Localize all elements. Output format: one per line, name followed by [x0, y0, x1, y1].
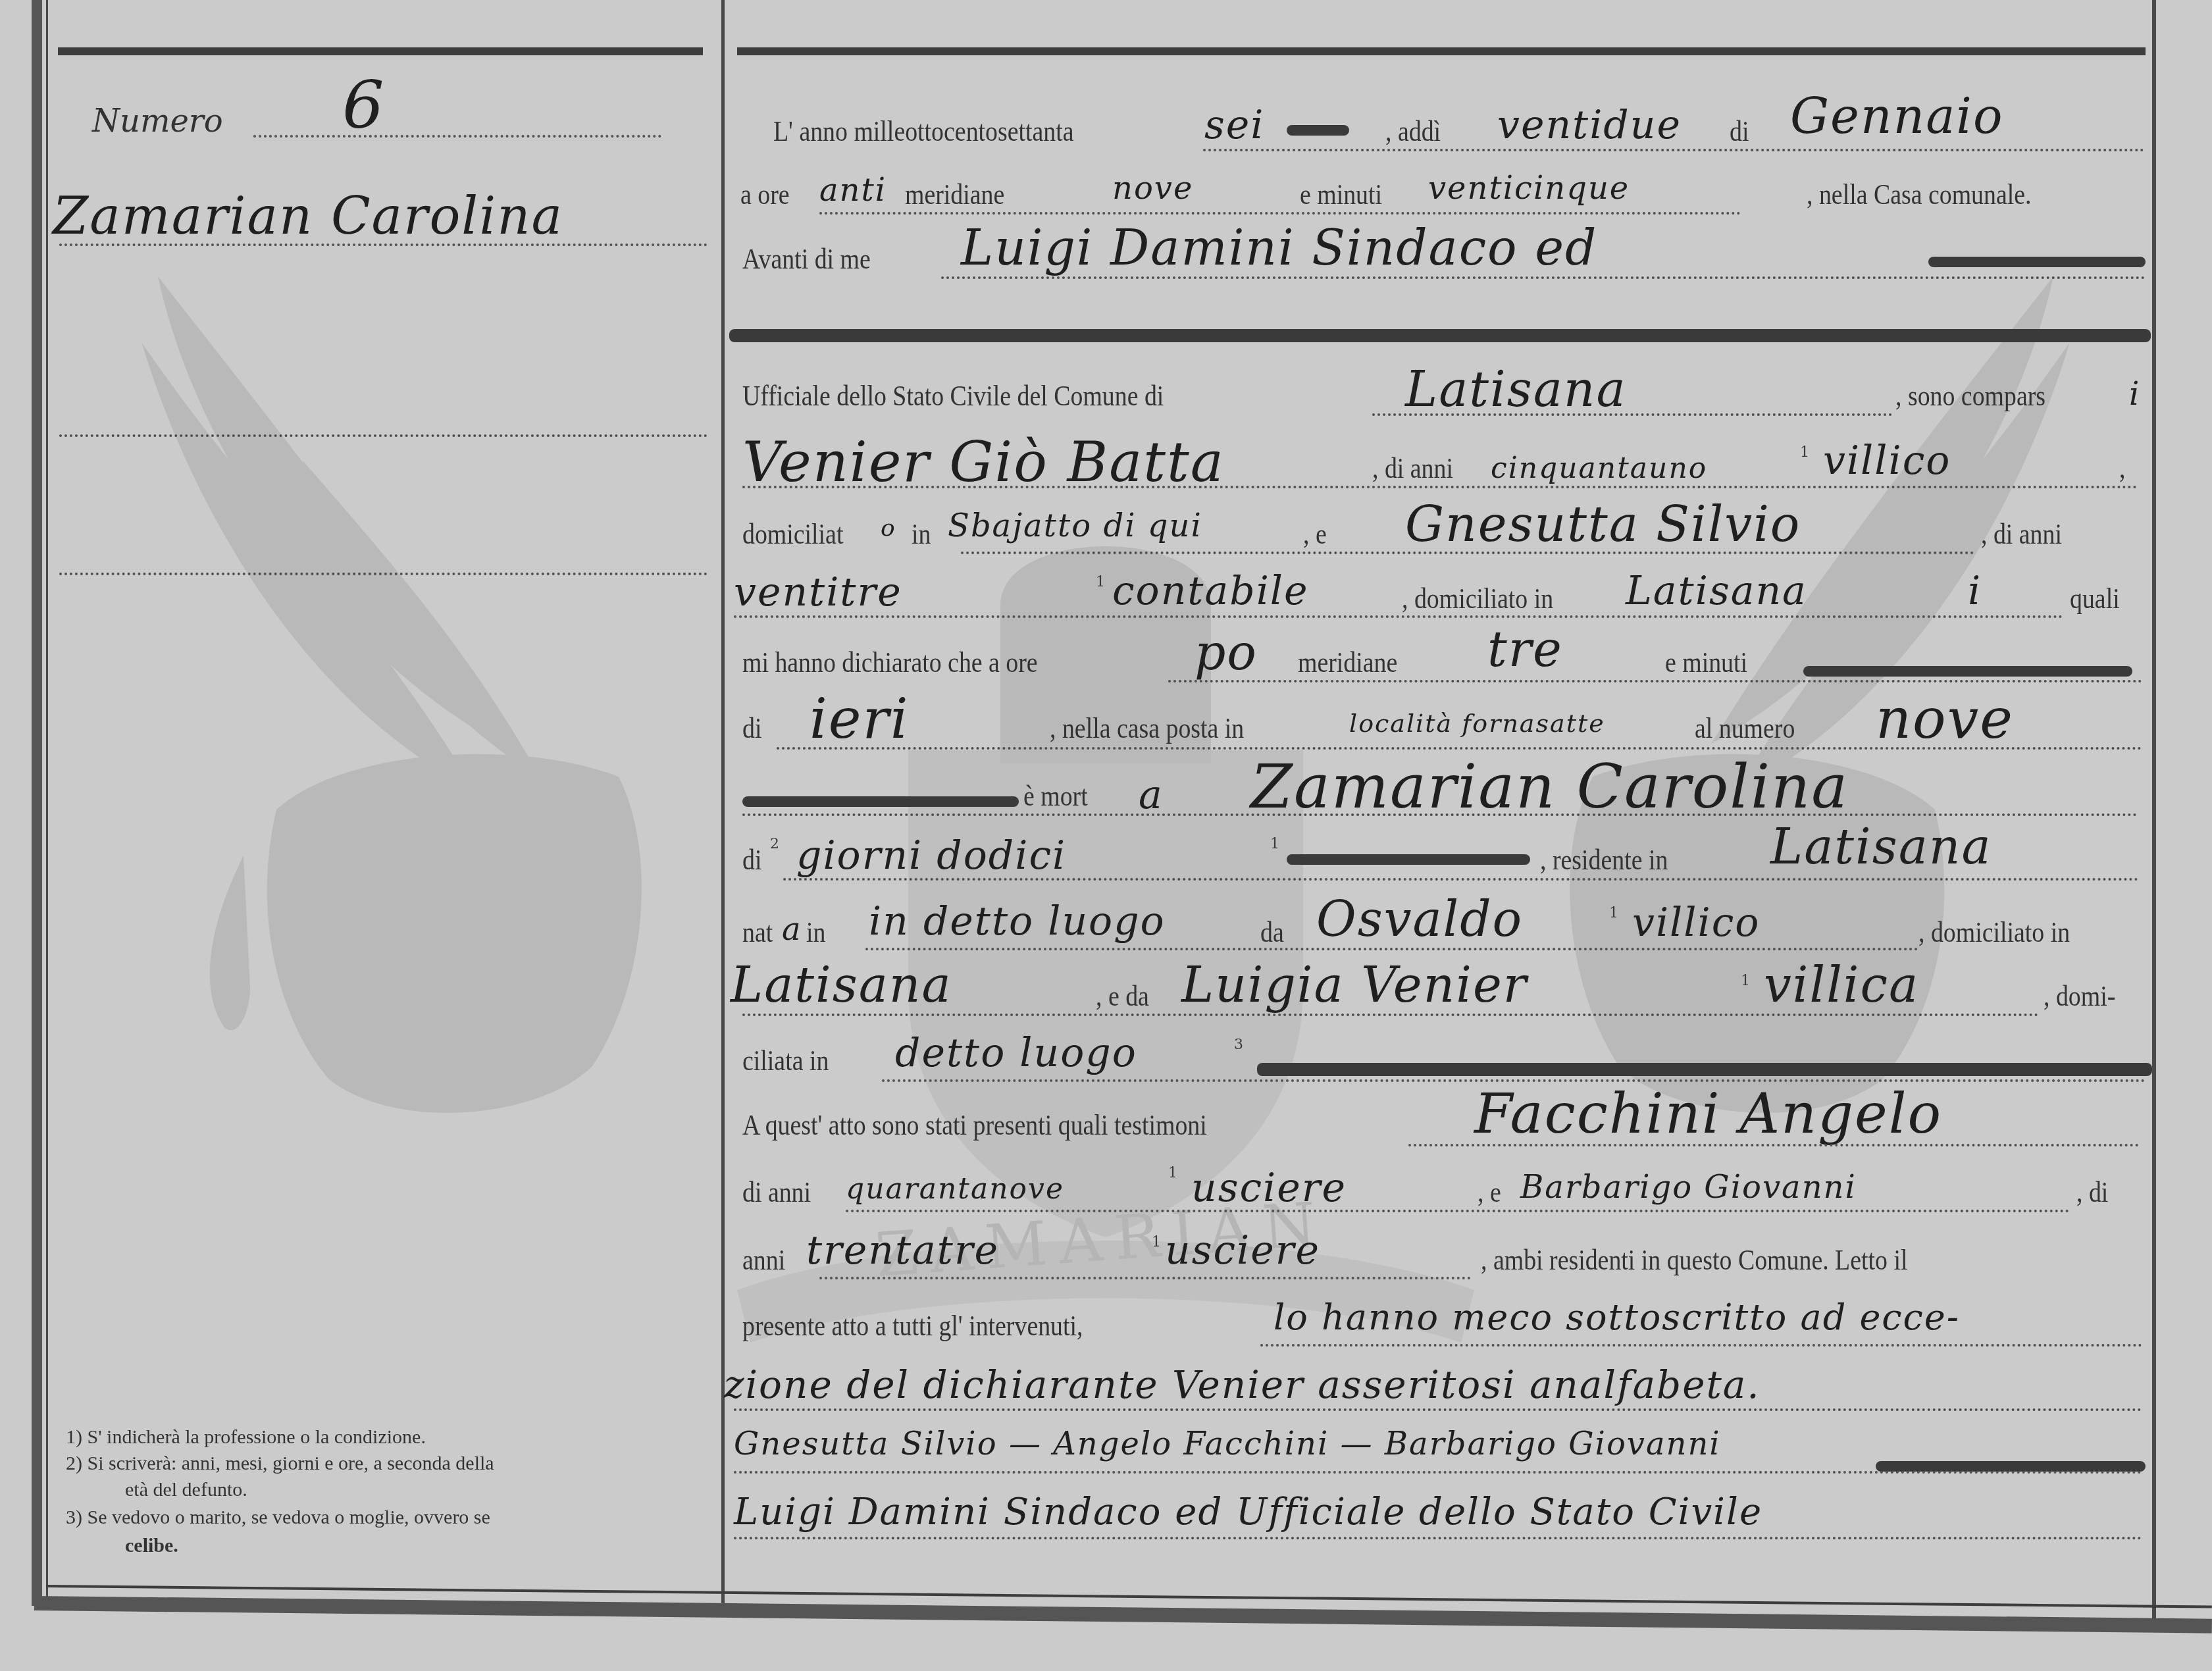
- footnote-2-cont: età del defunto.: [125, 1478, 247, 1503]
- l17-print-2: , ambi residenti in questo Comune. Letto…: [1481, 1246, 1907, 1275]
- l8-hour: tre: [1487, 625, 1563, 674]
- l10-dots: [742, 813, 2138, 816]
- l8-print-1: mi hanno dichiarato che a ore: [742, 648, 1038, 677]
- l10-print-1: è mort: [1023, 782, 1088, 811]
- l12-father-profession: villico: [1632, 903, 1760, 942]
- l14-mother-domicile: detto luogo: [895, 1033, 1137, 1073]
- l15-dots: [1408, 1144, 2139, 1146]
- l13-mother-profession: villica: [1764, 961, 1919, 1010]
- l9-print-2: , nella casa posta in: [1050, 714, 1244, 743]
- l5-declarant: Venier Giò Batta: [742, 434, 1225, 490]
- l8-print-2: meridiane: [1298, 648, 1397, 677]
- footnote-3-cont: celibe.: [125, 1533, 178, 1558]
- l6-suffix: o: [881, 517, 896, 540]
- record-number: 6: [342, 72, 386, 138]
- l1-strike: [1287, 125, 1349, 136]
- l11-footnote-ref-2: 2: [770, 836, 779, 852]
- l3-print-1: Avanti di me: [742, 245, 871, 274]
- l5-print-1: , di anni: [1372, 454, 1453, 483]
- footnote-text: Se vedovo o marito, se vedova o moglie, …: [88, 1506, 490, 1528]
- l16-footnote-ref: 1: [1168, 1165, 1177, 1181]
- l2-print-1: a ore: [740, 180, 790, 209]
- l2-print-4: , nella Casa comunale.: [1807, 180, 2031, 209]
- l13-print-1: , e da: [1096, 982, 1149, 1011]
- l15-witness-1: Facchini Angelo: [1474, 1086, 1942, 1141]
- blank-line-2: [59, 573, 707, 575]
- sig-dots-1: [734, 1471, 2142, 1474]
- l11-age: giorni dodici: [796, 836, 1066, 875]
- left-outer-border: [32, 0, 42, 1606]
- l2-print-3: e minuti: [1300, 180, 1382, 209]
- l6-print-1: domiciliat: [742, 520, 843, 549]
- l5-age: cinquantauno: [1491, 454, 1707, 483]
- l11-dots: [783, 878, 2139, 881]
- l12-birthplace: in detto luogo: [869, 902, 1166, 941]
- l2-print-2: meridiane: [905, 180, 1004, 209]
- l16-witness-2: Barbarigo Giovanni: [1520, 1171, 1857, 1203]
- l16-print-2: , e: [1478, 1178, 1501, 1207]
- blank-line-1: [59, 434, 707, 437]
- l1-dots: [1203, 149, 2144, 151]
- footnote-marker: 3): [66, 1506, 82, 1528]
- l16-dots: [846, 1210, 2070, 1212]
- l9-place: località fornasatte: [1349, 711, 1605, 736]
- right-border: [2152, 0, 2156, 1619]
- witness-signatures: Gnesutta Silvio — Angelo Facchini — Barb…: [734, 1428, 1721, 1460]
- l11-residence: Latisana: [1770, 823, 1992, 871]
- footnote-text: S' indicherà la professione o la condizi…: [88, 1426, 426, 1448]
- l14-footnote-ref: 3: [1234, 1037, 1243, 1053]
- numero-label: Numero: [92, 105, 223, 137]
- l1-print-3: di: [1730, 117, 1749, 146]
- l6-dots: [961, 552, 1974, 554]
- l2-dots: [819, 212, 1741, 215]
- l7-i: i: [1968, 571, 1982, 611]
- l3-officer: Luigi Damini Sindaco ed: [961, 224, 1597, 272]
- l1-print-1: L' anno milleottocentosettanta: [773, 117, 1074, 146]
- l18-dots: [1260, 1344, 2142, 1347]
- l11-print-2: , residente in: [1540, 846, 1668, 875]
- l12-print-2: in: [806, 918, 825, 947]
- l9-number: nove: [1876, 691, 2014, 746]
- l12-dots: [865, 948, 1918, 950]
- l14-strike: [1257, 1063, 2152, 1076]
- name-underline: [59, 244, 707, 246]
- l10-deceased: Zamarian Carolina: [1250, 757, 1849, 817]
- l11-footnote-ref: 1: [1270, 836, 1279, 852]
- l8-print-3: e minuti: [1665, 648, 1747, 677]
- l4-comune: Latisana: [1405, 365, 1627, 414]
- l7-footnote-ref: 1: [1096, 574, 1105, 590]
- l1-month: Gennaio: [1790, 92, 2004, 141]
- l16-age: quarantanove: [846, 1175, 1064, 1204]
- top-rule-left: [58, 47, 703, 55]
- l8-strike: [1803, 666, 2132, 677]
- l7-dots: [734, 615, 2063, 618]
- l12-print-3: da: [1260, 918, 1284, 947]
- l3-strike: [1928, 257, 2146, 267]
- left-inner-border: [46, 0, 48, 1606]
- l12-footnote-ref: 1: [1609, 905, 1618, 921]
- l16-print-1: di anni: [742, 1178, 811, 1207]
- l18-print-1: presente atto a tutti gl' intervenuti,: [742, 1312, 1083, 1341]
- l10-strike: [742, 796, 1019, 807]
- l6-print-2: in: [912, 520, 931, 549]
- l6-domicile: Sbajatto di qui: [948, 510, 1202, 542]
- l8-po: po: [1195, 629, 1258, 677]
- footnote-1: 1) S' indicherà la professione o la cond…: [66, 1425, 426, 1450]
- l13-mother: Luigia Venier: [1181, 961, 1528, 1010]
- footnote-marker: 2): [66, 1452, 82, 1474]
- l4-print-1: Ufficiale dello Stato Civile del Comune …: [742, 382, 1164, 411]
- l1-day: ventidue: [1497, 105, 1682, 145]
- l12-print-1: nat: [742, 918, 773, 947]
- l4-print-2: , sono compars: [1895, 382, 2045, 411]
- l5-footnote-ref: 1: [1800, 444, 1809, 461]
- l13-dots: [742, 1014, 2039, 1016]
- l6-witness: Gnesutta Silvio: [1405, 500, 1801, 549]
- l16-profession: usciere: [1191, 1168, 1347, 1208]
- l13-father-domicile: Latisana: [731, 961, 952, 1010]
- sig-strike: [1876, 1461, 2146, 1472]
- l17-print-1: anni: [742, 1246, 785, 1275]
- l12-print-4: , domiciliato in: [1918, 918, 2070, 947]
- l13-print-2: , domi-: [2044, 982, 2115, 1011]
- l9-dots: [777, 747, 2142, 750]
- l11-strike: [1287, 854, 1530, 865]
- footnote-2: 2) Si scriverà: anni, mesi, giorni e ore…: [66, 1451, 494, 1476]
- l13-footnote-ref: 1: [1741, 973, 1750, 989]
- l2-minutes: venticinque: [1428, 172, 1630, 204]
- l9-print-1: di: [742, 714, 761, 743]
- l3-dots: [941, 276, 2146, 279]
- l16-print-3: , di: [2076, 1178, 2108, 1207]
- l11-print-1: di: [742, 846, 761, 875]
- l3-full-strike: [729, 329, 2151, 342]
- l7-print-1: , domiciliato in: [1402, 584, 1553, 613]
- l14-print-1: ciliata in: [742, 1046, 829, 1075]
- l17-dots: [819, 1277, 1471, 1279]
- l6-print-4: , di anni: [1981, 520, 2062, 549]
- officer-signature: Luigi Damini Sindaco ed Ufficiale dello …: [734, 1494, 1762, 1531]
- l17-age: trentatre: [806, 1231, 999, 1270]
- l12-father: Osvaldo: [1316, 895, 1523, 944]
- bottom-rule-thick: [34, 1596, 2212, 1633]
- l19-dots: [734, 1408, 2142, 1411]
- l8-dots: [1168, 680, 2142, 682]
- l4-dots: [1372, 413, 1892, 416]
- l9-day: ieri: [810, 691, 910, 746]
- l18-closing: lo hanno meco sottoscritto ad ecce-: [1273, 1300, 1960, 1335]
- l5-dots: [742, 486, 2138, 488]
- l1-print-2: , addì: [1385, 117, 1441, 146]
- numero-underline: [253, 135, 661, 138]
- l9-print-3: al numero: [1695, 714, 1795, 743]
- l17-profession: usciere: [1165, 1231, 1320, 1270]
- l7-profession: contabile: [1112, 571, 1309, 611]
- l7-print-2: quali: [2070, 584, 2120, 613]
- l15-print-1: A quest' atto sono stati presenti quali …: [742, 1111, 1207, 1140]
- l4-suffix: i: [2129, 378, 2140, 410]
- top-rule-right: [737, 47, 2146, 55]
- l10-suffix: a: [1139, 775, 1164, 815]
- sig-dots-2: [734, 1537, 2142, 1539]
- footnote-3: 3) Se vedovo o marito, se vedova o mogli…: [66, 1505, 490, 1530]
- l2-hour: nove: [1112, 172, 1193, 204]
- deceased-name-margin: Zamarian Carolina: [53, 191, 563, 242]
- l12-suffix: a: [782, 913, 802, 945]
- l2-anti: anti: [819, 174, 887, 206]
- footnote-text: Si scriverà: anni, mesi, giorni e ore, a…: [88, 1452, 494, 1474]
- l7-age: ventitre: [734, 573, 902, 612]
- l17-footnote-ref: 1: [1152, 1234, 1161, 1250]
- l1-year: sei: [1204, 105, 1265, 145]
- l5-profession: villico: [1823, 441, 1951, 480]
- l7-domicile: Latisana: [1626, 571, 1807, 611]
- l6-print-3: , e: [1303, 520, 1327, 549]
- l5-print-2: ,: [2119, 454, 2125, 483]
- l19-closing: zione del dichiarante Venier asseritosi …: [724, 1366, 1761, 1404]
- footnote-marker: 1): [66, 1426, 82, 1448]
